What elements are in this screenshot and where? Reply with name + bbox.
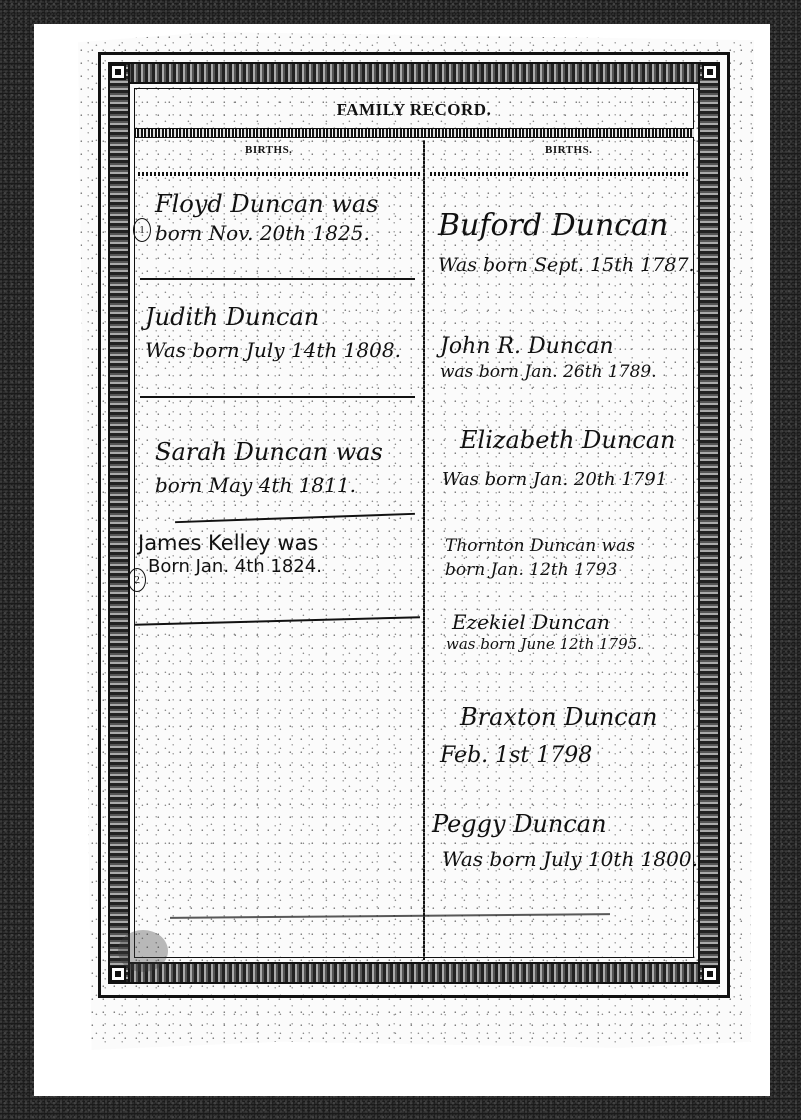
birth-entry: Buford Duncan Was born Sept. 15th 1787. <box>438 210 695 275</box>
entry-name: Sarah Duncan was <box>155 440 383 465</box>
decorative-border-top <box>108 62 720 84</box>
entry-birth-date: born May 4th 1811. <box>155 475 383 496</box>
entry-name: Peggy Duncan <box>432 812 698 837</box>
left-column-heading: BIRTHS. <box>245 144 292 156</box>
entry-name: Thornton Duncan was <box>445 538 635 556</box>
decorative-border-left <box>108 62 130 984</box>
birth-entry: Judith Duncan Was born July 14th 1808. <box>145 305 401 361</box>
decorative-border-bottom <box>108 962 720 984</box>
entry-birth-date: Was born July 14th 1808. <box>145 340 401 361</box>
entry-birth-date: Was born Jan. 20th 1791 <box>442 471 675 490</box>
entry-birth-date: Born Jan. 4th 1824. <box>138 558 322 577</box>
entry-underline <box>140 396 415 398</box>
entry-birth-date: born Nov. 20th 1825. <box>155 223 379 244</box>
birth-entry: Sarah Duncan was born May 4th 1811. <box>155 440 383 496</box>
birth-entry: Braxton Duncan Feb. 1st 1798 <box>460 705 658 767</box>
corner-ornament-icon <box>110 966 126 982</box>
entry-birth-date: born Jan. 12th 1793 <box>445 562 635 580</box>
column-divider <box>423 140 425 960</box>
corner-ornament-icon <box>110 64 126 80</box>
corner-ornament-icon <box>702 64 718 80</box>
entry-birth-date: Feb. 1st 1798 <box>440 744 658 767</box>
entry-underline <box>140 278 415 280</box>
birth-entry: Ezekiel Duncan was born June 12th 1795. <box>452 612 642 653</box>
right-column-heading: BIRTHS. <box>545 144 592 156</box>
birth-entry: John R. Duncan was born Jan. 26th 1789. <box>440 335 657 382</box>
column-rule-left <box>138 172 420 176</box>
decorative-border-right <box>698 62 720 984</box>
corner-ornament-icon <box>702 966 718 982</box>
entry-name: Braxton Duncan <box>460 705 658 730</box>
page-title: FAMILY RECORD. <box>134 100 694 120</box>
entry-name: Floyd Duncan was <box>155 192 379 217</box>
birth-entry: Peggy Duncan Was born July 10th 1800. <box>432 812 698 870</box>
entry-birth-date: was born Jan. 26th 1789. <box>440 364 657 382</box>
birth-entry: James Kelley was Born Jan. 4th 1824. <box>138 532 322 577</box>
entry-marker: 1 <box>133 218 151 242</box>
entry-name: John R. Duncan <box>440 335 657 358</box>
ornamental-rule <box>134 128 694 138</box>
entry-birth-date: Was born July 10th 1800. <box>442 849 698 870</box>
entry-name: James Kelley was <box>138 532 322 554</box>
birth-entry: Floyd Duncan was born Nov. 20th 1825. <box>155 192 379 244</box>
birth-entry: Thornton Duncan was born Jan. 12th 1793 <box>445 538 635 580</box>
entry-name: Judith Duncan <box>145 305 401 330</box>
entry-birth-date: Was born Sept. 15th 1787. <box>438 256 695 276</box>
entry-name: Buford Duncan <box>438 210 695 242</box>
entry-name: Elizabeth Duncan <box>460 428 675 453</box>
column-rule-right <box>430 172 690 176</box>
entry-birth-date: was born June 12th 1795. <box>446 637 642 653</box>
entry-name: Ezekiel Duncan <box>452 612 642 633</box>
birth-entry: Elizabeth Duncan Was born Jan. 20th 1791 <box>460 428 675 490</box>
stain-mark <box>118 930 168 972</box>
